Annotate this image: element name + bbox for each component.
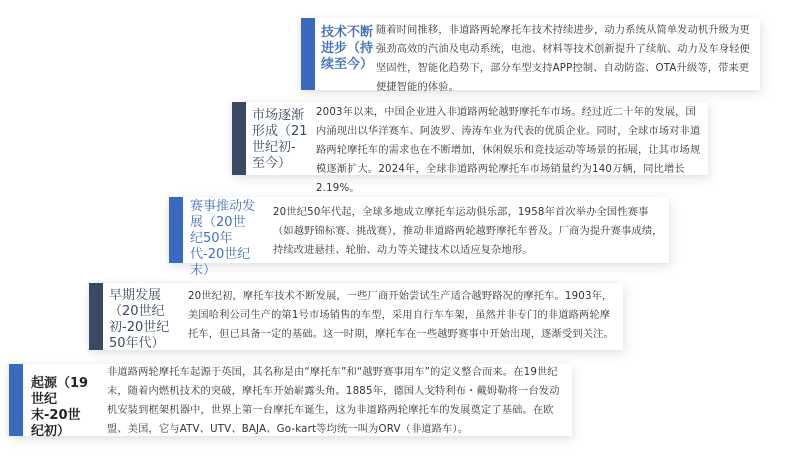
- stage-accent-bar: [9, 364, 23, 436]
- stage-description: 20世纪初，摩托车技术不断发展，一些厂商开始尝试生产适合越野路况的摩托车。190…: [188, 287, 616, 344]
- stage-accent-bar: [232, 102, 246, 175]
- stage-description: 20世纪50年代起，全球多地成立摩托车运动俱乐部，1958年首次举办全国性赛事（…: [273, 203, 663, 260]
- stage-accent-bar: [89, 283, 103, 350]
- stage-card-early-development: 早期发展（20世纪初-20世纪50年代） 20世纪初，摩托车技术不断发展，一些厂…: [89, 283, 623, 350]
- stage-title: 早期发展（20世纪初-20世纪50年代）: [109, 288, 173, 352]
- stage-title: 市场逐渐形成（21世纪初-至今）: [252, 108, 308, 172]
- stage-accent-bar: [301, 18, 315, 90]
- stage-description: 非道路两轮摩托车起源于英国，其名称是由“摩托车”和“越野赛事用车”的定义整合而来…: [107, 363, 567, 439]
- stage-card-tech-progress: 技术不断进步（持续至今） 随着时间推移，非道路两轮摩托车技术持续进步，动力系统从…: [301, 18, 760, 90]
- stage-description: 2003年以来，中国企业进入非道路两轮越野摩托车市场。经过近二十年的发展，国内涌…: [316, 103, 704, 198]
- stage-card-origin: 起源（19世纪末-20世纪初） 非道路两轮摩托车起源于英国，其名称是由“摩托车”…: [9, 364, 572, 436]
- stage-card-racing-driven: 赛事推动发展（20世纪50年代-20世纪末） 20世纪50年代起，全球多地成立摩…: [169, 197, 669, 263]
- stage-accent-bar: [169, 197, 183, 263]
- stage-title: 赛事推动发展（20世纪50年代-20世纪末）: [190, 199, 258, 279]
- stage-title: 技术不断进步（持续至今）: [321, 25, 373, 73]
- stage-description: 随着时间推移，非道路两轮摩托车技术持续进步，动力系统从简单发动机升级为更强劲高效…: [376, 21, 756, 97]
- stage-title: 起源（19世纪末-20世纪初）: [31, 376, 93, 440]
- stage-card-market-formation: 市场逐渐形成（21世纪初-至今） 2003年以来，中国企业进入非道路两轮越野摩托…: [232, 102, 708, 175]
